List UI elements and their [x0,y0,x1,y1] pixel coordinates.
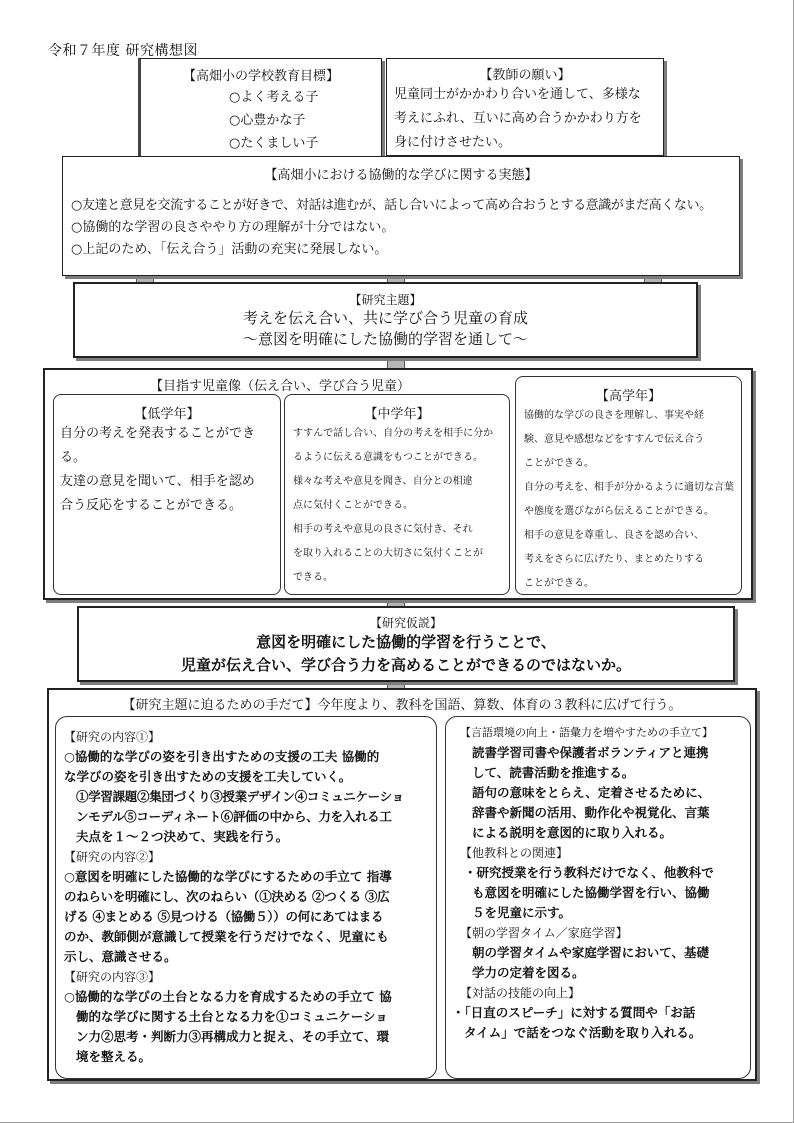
lower-grade-body: 自分の考えを発表することができ る。 友達の意見を聞いて、相手を認め 合う反応を… [54,422,280,518]
reality-item: ○友達と意見を交流することが好きで、対話は進むが、話し合いによって高め合おうとす… [71,195,739,217]
content3-heading: 【研究の内容③】 [64,967,430,987]
language-line: して、読書活動を推進する。 [452,763,744,783]
hypothesis-line: 意図を明確にした協働的学習を行うことで、 [79,631,733,654]
hypothesis-line: 児童が伝え合い、学び合う力を高めることができるのではないか。 [79,654,733,677]
lower-grade-box: 【低学年】 自分の考えを発表することができ る。 友達の意見を聞いて、相手を認め… [53,394,281,595]
methods-box: 【研究主題に迫るための手だて】今年度より、教科を国語、算数、体育の３教科に広げて… [47,688,757,1081]
content1-line: 夫点を１～２つ決めて、実践を行う。 [64,827,430,847]
upper-grade-line: や態度を選びながら伝えることができる。 [516,500,741,524]
morning-heading: 【朝の学習タイム／家庭学習】 [452,923,744,943]
school-goal-item: ○たくましい子 [229,132,381,155]
upper-grade-line: 自分の考えを、相手が分かるように適切な言葉 [516,476,741,500]
upper-grade-box: 【高学年】 協働的な学びの良さを理解し、事実や経 験、意見や感想などをすすんで伝… [515,376,742,595]
dialogue-line: タイム」で話をつなぐ活動を取り入れる。 [452,1023,744,1043]
middle-grade-line: 相手の考えや意見の良さに気付き、それ [285,518,509,542]
content2-line: 示し、意識させる。 [64,947,430,967]
morning-line: 朝の学習タイムや家庭学習において、基礎 [452,943,744,963]
language-line: 読書学習司書や保護者ボランティアと連携 [452,743,744,763]
middle-grade-line: 様々な考えや意見を聞き、自分との相違 [285,470,509,494]
upper-grade-line: 験、意見や感想などをすすんで伝え合う [516,428,741,452]
research-theme-main: 考えを伝え合い、共に学び合う児童の育成 [75,308,696,329]
content3-line: ○協働的な学びの土台となる力を育成するための手立て 協 [64,987,430,1007]
upper-grade-body: 協働的な学びの良さを理解し、事実や経 験、意見や感想などをすすんで伝え合う こと… [516,404,741,596]
teacher-wish-box: 【教師の願い】 児童同士がかかわり合いを通して、多様な 考えにふれ、互いに高め合… [386,58,664,156]
reality-item: ○上記のため、「伝え合う」活動の充実に発展しない。 [71,239,739,261]
middle-grade-body: すすんで話し合い、自分の考えを相手に分か るように伝える意識をもつことができる。… [285,422,509,590]
upper-grade-heading: 【高学年】 [516,385,741,404]
other-subjects-line: ５を児童に示す。 [452,903,744,923]
research-theme-heading: 【研究主題】 [75,291,696,308]
reality-list: ○友達と意見を交流することが好きで、対話は進むが、話し合いによって高め合おうとす… [63,195,739,261]
middle-grade-line: るように伝える意識をもつことができる。 [285,446,509,470]
middle-grade-line: 点に気付くことができる。 [285,494,509,518]
content1-line: ○協働的な学びの姿を引き出すための支援の工夫 協働的 [64,747,430,767]
upper-grade-line: 考えをさらに広げたり、まとめたりする [516,548,741,572]
research-content-box: 【研究の内容①】 ○協働的な学びの姿を引き出すための支援の工夫 協働的 な学びの… [55,716,437,1079]
supporting-measures-box: 【言語環境の向上・語彙力を増やすための手立て】 読書学習司書や保護者ボランティア… [445,716,751,1079]
dialogue-heading: 【対話の技能の向上】 [452,983,744,1003]
content1-line: ンモデル⑤コーディネート⑥評価の中から、力を入れる工 [64,807,430,827]
lower-grade-line: 友達の意見を聞いて、相手を認め [54,470,280,494]
research-theme-box: 【研究主題】 考えを伝え合い、共に学び合う児童の育成 ～意図を明確にした協働的学… [73,282,698,358]
teacher-wish-body: 児童同士がかかわり合いを通して、多様な 考えにふれ、互いに高め合うかかわり方を … [387,83,663,155]
teacher-wish-line: 考えにふれ、互いに高め合うかかわり方を [394,107,657,131]
content3-line: 境を整える。 [64,1047,430,1067]
content2-heading: 【研究の内容②】 [64,847,430,867]
school-goals-list: ○よく考える子 ○心豊かな子 ○たくましい子 [229,86,381,155]
hypothesis-box: 【研究仮説】 意図を明確にした協働的学習を行うことで、 児童が伝え合い、学び合う… [77,606,735,682]
other-subjects-heading: 【他教科との関連】 [452,843,744,863]
reality-item: ○協働的な学習の良さややり方の理解が十分ではない。 [71,217,739,239]
content1-line: な学びの姿を引き出すための支援を工夫していく。 [64,767,430,787]
teacher-wish-line: 児童同士がかかわり合いを通して、多様な [394,83,657,107]
lower-grade-heading: 【低学年】 [54,403,280,422]
content1-heading: 【研究の内容①】 [64,727,430,747]
content2-line: げる ④まとめる ⑤見つける（協働５））の何にあてはまる [64,907,430,927]
language-heading: 【言語環境の向上・語彙力を増やすための手立て】 [452,723,744,743]
lower-grade-line: 自分の考えを発表することができ [54,422,280,446]
middle-grade-line: すすんで話し合い、自分の考えを相手に分か [285,422,509,446]
other-subjects-line: も意図を明確にした協働学習を行い、協働 [452,883,744,903]
content3-line: 働的な学びに関する土台となる力を①コミュニケーショ [64,1007,430,1027]
hypothesis-heading: 【研究仮説】 [79,614,733,631]
content1-line: ①学習課題②集団づくり③授業デザイン④コミュニケーショ [64,787,430,807]
middle-grade-box: 【中学年】 すすんで話し合い、自分の考えを相手に分か るように伝える意識をもつこ… [284,394,510,595]
teacher-wish-heading: 【教師の願い】 [387,64,663,83]
teacher-wish-line: 身に付けさせたい。 [394,131,657,155]
content2-line: のねらいを明確にし、次のねらい（①決める ②つくる ③広 [64,887,430,907]
methods-heading: 【研究主題に迫るための手だて】今年度より、教科を国語、算数、体育の３教科に広げて… [49,694,755,713]
lower-grade-line: る。 [54,446,280,470]
morning-line: 学力の定着を図る。 [452,963,744,983]
other-subjects-line: ・研究授業を行う教科だけでなく、他教科で [452,863,744,883]
content2-line: のか、教師側が意識して授業を行うだけでなく、児童にも [64,927,430,947]
document-title: 令和７年度 研究構想図 [48,40,198,60]
language-line: 語句の意味をとらえ、定着させるために、 [452,783,744,803]
upper-grade-line: 協働的な学びの良さを理解し、事実や経 [516,404,741,428]
reality-heading: 【高畑小における協働的な学びに関する実態】 [63,164,739,183]
research-theme-sub: ～意図を明確にした協働的学習を通して～ [75,329,696,350]
school-goal-item: ○よく考える子 [229,86,381,109]
target-child-box: 【目指す児童像（伝え合い、学び合う児童） 【低学年】 自分の考えを発表することが… [43,368,753,600]
dialogue-line: ・「日直のスピーチ」に対する質問や「お話 [452,1003,744,1023]
target-child-heading: 【目指す児童像（伝え合い、学び合う児童） [45,375,515,394]
language-line: による説明を意図的に取り入れる。 [452,823,744,843]
school-goal-item: ○心豊かな子 [229,109,381,132]
school-goals-heading: 【高畑小の学校教育目標】 [141,65,381,84]
school-goals-box: 【高畑小の学校教育目標】 ○よく考える子 ○心豊かな子 ○たくましい子 [138,58,382,158]
language-line: 辞書や新聞の活用、動作化や視覚化、言葉 [452,803,744,823]
reality-box: 【高畑小における協働的な学びに関する実態】 ○友達と意見を交流することが好きで、… [62,156,740,276]
middle-grade-heading: 【中学年】 [285,403,509,422]
middle-grade-line: できる。 [285,566,509,590]
lower-grade-line: 合う反応をすることができる。 [54,494,280,518]
upper-grade-line: ことができる。 [516,452,741,476]
content2-line: ○意図を明確にした協働的な学びにするための手立て 指導 [64,867,430,887]
content3-line: ン力②思考・判断力③再構成力と捉え、その手立て、環 [64,1027,430,1047]
upper-grade-line: ことができる。 [516,572,741,596]
upper-grade-line: 相手の意見を尊重し、良さを認め合い、 [516,524,741,548]
middle-grade-line: を取り入れることの大切さに気付くことが [285,542,509,566]
